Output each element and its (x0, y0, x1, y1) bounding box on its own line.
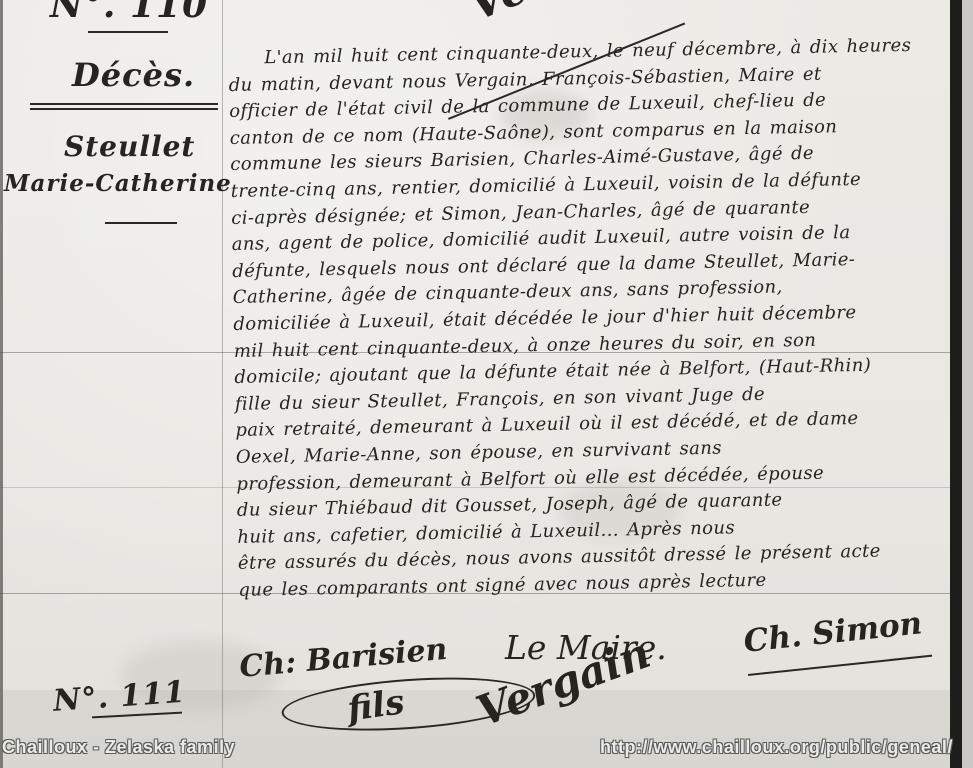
watermark-url-caption: http://www.chailloux.org/public/geneal/ (600, 737, 953, 758)
act-type-double-underline (30, 103, 218, 110)
scanned-register-page: N°. 110 Décès. Steullet Marie-Catherine … (0, 0, 973, 768)
deceased-given-names: Marie-Catherine (4, 170, 232, 197)
page-outer-strip (962, 0, 973, 768)
signature-barisien: Ch: Barisien (238, 632, 449, 685)
record-number-top: N°. 110 (50, 0, 208, 26)
book-binding-bar (950, 0, 962, 768)
deceased-surname: Steullet (64, 130, 195, 163)
signature-simon: Ch. Simon (742, 605, 924, 660)
act-type-label: Décès. (72, 56, 195, 94)
signature-vergain-overlay: Vergain (462, 0, 657, 31)
act-body-text: L'an mil huit cent cinquante-deux, le ne… (228, 32, 961, 604)
watermark-family-caption: Chailloux - Zelaska family (2, 737, 235, 758)
signature-barisien-fils: fils (345, 682, 407, 730)
record-number-underline (88, 31, 168, 33)
margin-dash (105, 222, 177, 224)
page-left-edge (0, 0, 3, 768)
signature-simon-underline (748, 655, 932, 676)
